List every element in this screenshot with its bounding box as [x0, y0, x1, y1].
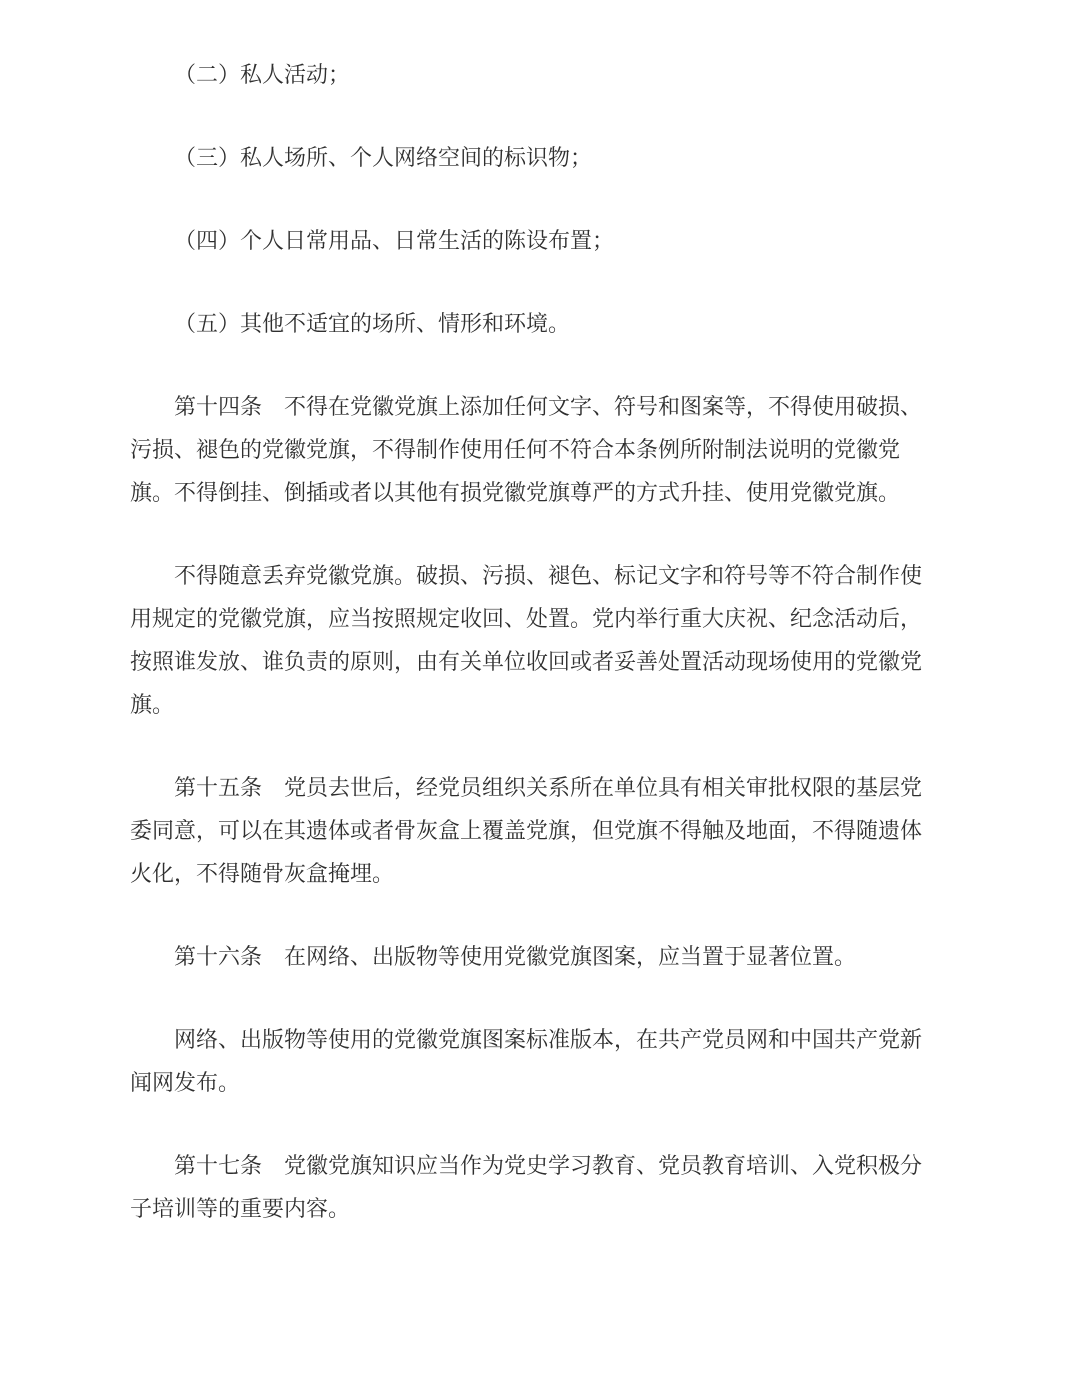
article-15-paragraph: 第十五条 党员去世后，经党员组织关系所在单位具有相关审批权限的基层党委同意，可以…: [130, 766, 922, 895]
article-14-paragraph: 第十四条 不得在党徽党旗上添加任何文字、符号和图案等，不得使用破损、污损、褪色的…: [130, 385, 922, 514]
article-16-paragraph-2: 网络、出版物等使用的党徽党旗图案标准版本，在共产党员网和中国共产党新闻网发布。: [130, 1018, 922, 1104]
list-item-5: （五）其他不适宜的场所、情形和环境。: [130, 302, 922, 345]
document-page: （二）私人活动； （三）私人场所、个人网络空间的标识物； （四）个人日常用品、日…: [0, 0, 1080, 1397]
article-16-paragraph: 第十六条 在网络、出版物等使用党徽党旗图案，应当置于显著位置。: [130, 935, 922, 978]
list-item-3: （三）私人场所、个人网络空间的标识物；: [130, 136, 922, 179]
article-17-paragraph: 第十七条 党徽党旗知识应当作为党史学习教育、党员教育培训、入党积极分子培训等的重…: [130, 1144, 922, 1230]
list-item-2: （二）私人活动；: [130, 53, 922, 96]
article-14-paragraph-2: 不得随意丢弃党徽党旗。破损、污损、褪色、标记文字和符号等不符合制作使用规定的党徽…: [130, 554, 922, 726]
list-item-4: （四）个人日常用品、日常生活的陈设布置；: [130, 219, 922, 262]
